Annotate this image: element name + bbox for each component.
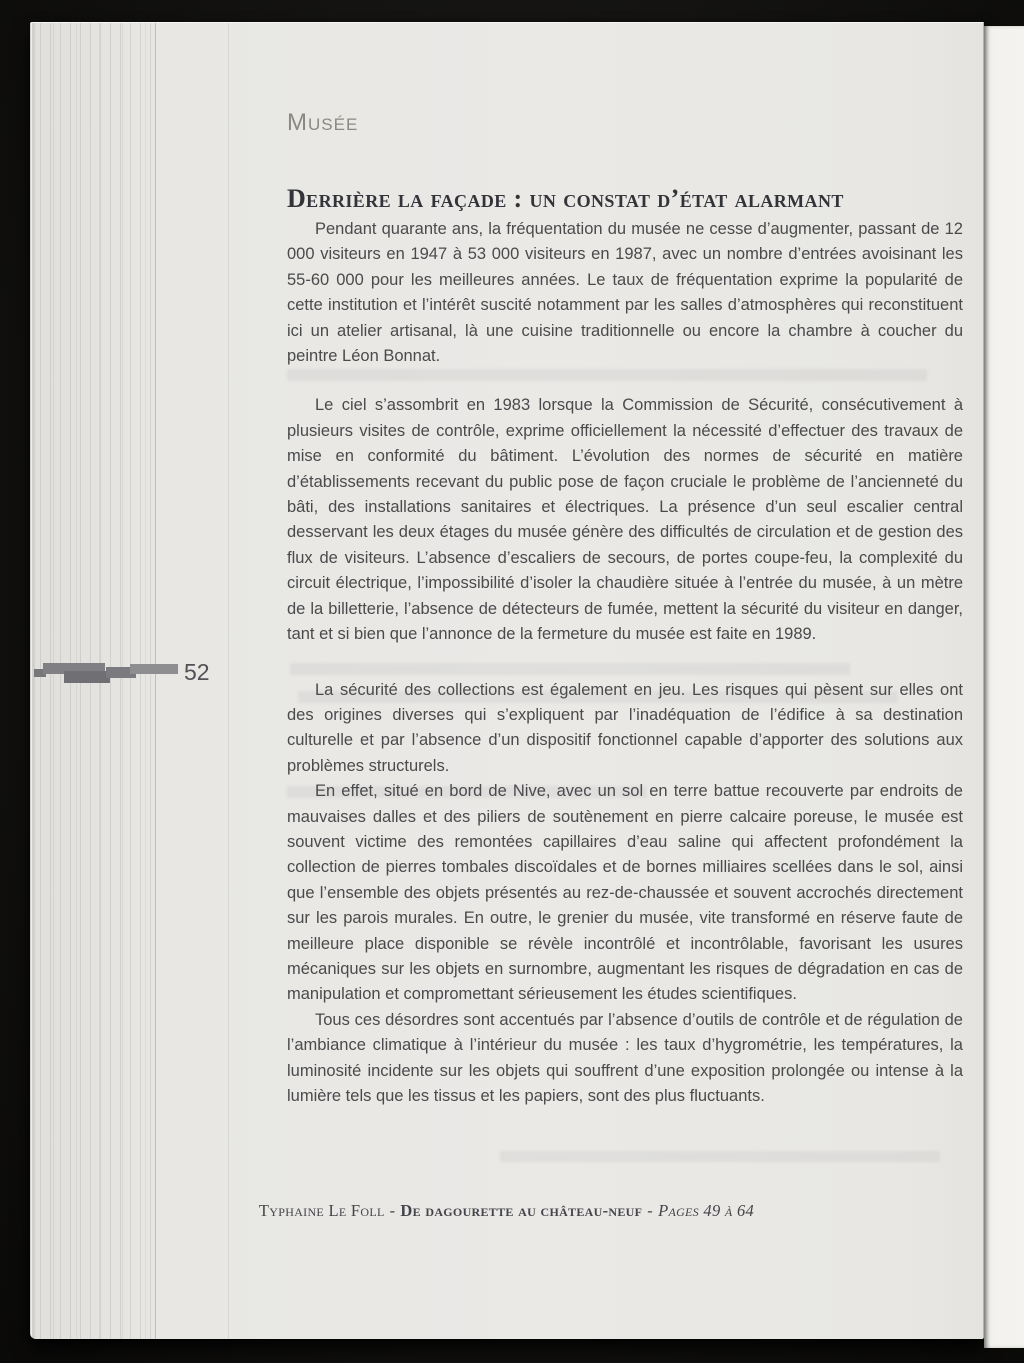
footer-separator: - [647, 1201, 653, 1220]
footer-caption: Typhaine Le Foll-De dagourette au châtea… [30, 1201, 983, 1221]
book-page: Musée Derrière la façade : un constat d’… [30, 22, 984, 1339]
show-through-ghost [500, 1151, 940, 1162]
page-number: 52 [184, 657, 210, 687]
footer-separator: - [390, 1201, 396, 1220]
article-paragraph: En effet, situé en bord de Nive, avec un… [287, 779, 963, 1008]
fore-edge-tab-bar [34, 657, 180, 687]
section-header: Musée [287, 109, 963, 137]
footer-work-title: De dagourette au château-neuf [400, 1201, 642, 1220]
page-number-tab: 52 [34, 657, 244, 707]
footer-pages-range: Pages 49 à 64 [658, 1201, 754, 1220]
article-paragraph: La sécurité des collections est égalemen… [287, 678, 963, 780]
book-scan: Musée Derrière la façade : un constat d’… [0, 0, 1024, 1363]
article-title: Derrière la façade : un constat d’état a… [287, 181, 963, 217]
article-content: Musée Derrière la façade : un constat d’… [287, 23, 963, 1109]
footer-author: Typhaine Le Foll [259, 1201, 385, 1220]
article-paragraph: Tous ces désordres sont accentués par l’… [287, 1008, 963, 1110]
article-paragraph: Le ciel s’assombrit en 1983 lorsque la C… [287, 393, 963, 647]
next-page-edge [984, 26, 1024, 1348]
article-paragraph: Pendant quarante ans, la fréquentation d… [287, 217, 963, 369]
